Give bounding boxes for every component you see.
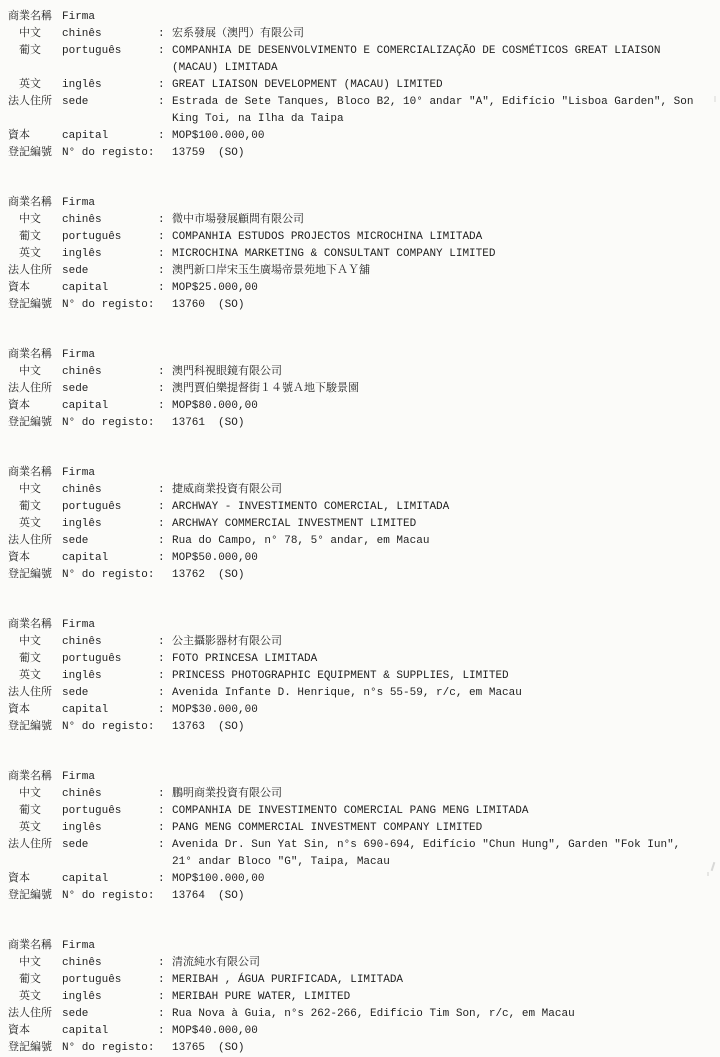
registry-note: (SO) (218, 1042, 244, 1054)
registry-entry: 商業名稱 Firma 中文 chinês : 宏系發展（澳門）有限公司 葡文 p… (8, 9, 720, 162)
english-label-zh: 英文 (8, 668, 62, 685)
capital-row: 資本 capital : MOP$40.000,00 (8, 1023, 720, 1040)
english-name-row: 英文 inglês : GREAT LIAISON DEVELOPMENT (M… (8, 77, 720, 94)
registry-row: 登記編號 N° do registo: 13761(SO) (8, 415, 720, 432)
colon: : (158, 820, 172, 837)
capital-label-zh: 資本 (8, 398, 62, 415)
seat-label-pt: sede (62, 1006, 158, 1023)
seat-label-pt: sede (62, 263, 158, 280)
firm-label-zh: 商業名稱 (8, 9, 62, 26)
chinese-name-row: 中文 chinês : 公主攝影器材有限公司 (8, 634, 720, 651)
portuguese-name-row: 葡文 português : COMPANHIA DE DESENVOLVIME… (8, 43, 720, 77)
seat-row: 法人住所 sede : Rua Nova à Guia, n°s 262-266… (8, 1006, 720, 1023)
registry-value: 13764(SO) (172, 888, 720, 905)
registry-label-pt: N° do registo: (62, 415, 158, 432)
firm-header-row: 商業名稱 Firma (8, 465, 720, 482)
seat-row: 法人住所 sede : Rua do Campo, n° 78, 5° anda… (8, 533, 720, 550)
firm-header-row: 商業名稱 Firma (8, 195, 720, 212)
colon: : (158, 128, 172, 145)
registry-label-pt: N° do registo: (62, 145, 158, 162)
colon: : (158, 668, 172, 685)
colon: : (158, 263, 172, 280)
chinese-label-pt: chinês (62, 26, 158, 43)
capital-label-zh: 資本 (8, 1023, 62, 1040)
english-label-pt: inglês (62, 246, 158, 263)
registry-note: (SO) (218, 417, 244, 429)
registry-label-zh: 登記編號 (8, 888, 62, 905)
chinese-name-value: 宏系發展（澳門）有限公司 (172, 26, 720, 43)
capital-label-pt: capital (62, 1023, 158, 1040)
chinese-name-value: 鵬明商業投資有限公司 (172, 786, 720, 803)
colon: : (158, 972, 172, 989)
colon: : (158, 43, 172, 60)
seat-label-pt: sede (62, 381, 158, 398)
registry-label-zh: 登記編號 (8, 719, 62, 736)
english-label-pt: inglês (62, 668, 158, 685)
portuguese-name-value: COMPANHIA DE DESENVOLVIMENTO E COMERCIAL… (172, 43, 720, 77)
capital-label-pt: capital (62, 280, 158, 297)
colon: : (158, 786, 172, 803)
capital-row: 資本 capital : MOP$30.000,00 (8, 702, 720, 719)
firm-label-zh: 商業名稱 (8, 769, 62, 786)
registry-document: 商業名稱 Firma 中文 chinês : 宏系發展（澳門）有限公司 葡文 p… (0, 0, 720, 1057)
colon: : (158, 94, 172, 111)
colon: : (158, 398, 172, 415)
portuguese-name-row: 葡文 português : COMPANHIA ESTUDOS PROJECT… (8, 229, 720, 246)
english-name-value: ARCHWAY COMMERCIAL INVESTMENT LIMITED (172, 516, 720, 533)
registry-entry: 商業名稱 Firma 中文 chinês : 微中市場發展顧問有限公司 葡文 p… (8, 195, 720, 314)
english-name-value: MICROCHINA MARKETING & CONSULTANT COMPAN… (172, 246, 720, 263)
seat-value: Estrada de Sete Tanques, Bloco B2, 10° a… (172, 94, 720, 128)
chinese-label-pt: chinês (62, 955, 158, 972)
firm-label-zh: 商業名稱 (8, 938, 62, 955)
colon: : (158, 516, 172, 533)
chinese-label-zh: 中文 (8, 955, 62, 972)
seat-label-zh: 法人住所 (8, 837, 62, 854)
firm-label-pt: Firma (62, 9, 158, 26)
chinese-name-value: 澳門科視眼鏡有限公司 (172, 364, 720, 381)
capital-label-zh: 資本 (8, 280, 62, 297)
portuguese-name-value: COMPANHIA ESTUDOS PROJECTOS MICROCHINA L… (172, 229, 720, 246)
capital-row: 資本 capital : MOP$100.000,00 (8, 871, 720, 888)
seat-value: 澳門新口岸宋玉生廣場帝景苑地下ＡＹ舖 (172, 263, 720, 280)
registry-value: 13760(SO) (172, 297, 720, 314)
capital-label-zh: 資本 (8, 550, 62, 567)
firm-label-zh: 商業名稱 (8, 465, 62, 482)
chinese-label-pt: chinês (62, 634, 158, 651)
registry-entry: 商業名稱 Firma 中文 chinês : 清流純水有限公司 葡文 portu… (8, 938, 720, 1057)
portuguese-label-pt: português (62, 229, 158, 246)
colon: : (158, 280, 172, 297)
registry-entry: 商業名稱 Firma 中文 chinês : 鵬明商業投資有限公司 葡文 por… (8, 769, 720, 905)
capital-label-pt: capital (62, 550, 158, 567)
seat-value: 澳門賈伯樂提督街１４號Ａ地下駿景園 (172, 381, 720, 398)
registry-value: 13761(SO) (172, 415, 720, 432)
english-label-pt: inglês (62, 516, 158, 533)
firm-label-pt: Firma (62, 938, 158, 955)
english-name-value: GREAT LIAISON DEVELOPMENT (MACAU) LIMITE… (172, 77, 720, 94)
english-label-zh: 英文 (8, 516, 62, 533)
seat-value: Rua Nova à Guia, n°s 262-266, Edifício T… (172, 1006, 720, 1023)
chinese-label-pt: chinês (62, 212, 158, 229)
firm-label-zh: 商業名稱 (8, 195, 62, 212)
capital-label-zh: 資本 (8, 128, 62, 145)
scan-artifact (714, 96, 716, 102)
firm-label-pt: Firma (62, 195, 158, 212)
firm-header-row: 商業名稱 Firma (8, 769, 720, 786)
colon: : (158, 871, 172, 888)
registry-note: (SO) (218, 299, 244, 311)
chinese-name-value: 捷威商業投資有限公司 (172, 482, 720, 499)
chinese-label-pt: chinês (62, 786, 158, 803)
portuguese-label-pt: português (62, 43, 158, 60)
seat-label-pt: sede (62, 533, 158, 550)
registry-label-pt: N° do registo: (62, 567, 158, 584)
registry-note: (SO) (218, 569, 244, 581)
firm-label-pt: Firma (62, 347, 158, 364)
seat-value: Avenida Dr. Sun Yat Sin, n°s 690-694, Ed… (172, 837, 720, 871)
colon: : (158, 634, 172, 651)
capital-label-pt: capital (62, 128, 158, 145)
seat-value: Rua do Campo, n° 78, 5° andar, em Macau (172, 533, 720, 550)
colon: : (158, 955, 172, 972)
portuguese-label-pt: português (62, 803, 158, 820)
portuguese-name-value: MERIBAH , ÁGUA PURIFICADA, LIMITADA (172, 972, 720, 989)
chinese-name-value: 清流純水有限公司 (172, 955, 720, 972)
portuguese-label-zh: 葡文 (8, 499, 62, 516)
registry-value: 13762(SO) (172, 567, 720, 584)
registry-row: 登記編號 N° do registo: 13760(SO) (8, 297, 720, 314)
chinese-name-value: 公主攝影器材有限公司 (172, 634, 720, 651)
registry-label-zh: 登記編號 (8, 1040, 62, 1057)
registry-entry: 商業名稱 Firma 中文 chinês : 澳門科視眼鏡有限公司 法人住所 s… (8, 347, 720, 432)
chinese-label-zh: 中文 (8, 482, 62, 499)
english-name-value: MERIBAH PURE WATER, LIMITED (172, 989, 720, 1006)
capital-row: 資本 capital : MOP$100.000,00 (8, 128, 720, 145)
portuguese-name-row: 葡文 português : COMPANHIA DE INVESTIMENTO… (8, 803, 720, 820)
registry-number: 13765 (172, 1042, 205, 1054)
capital-label-zh: 資本 (8, 702, 62, 719)
portuguese-label-zh: 葡文 (8, 651, 62, 668)
portuguese-label-zh: 葡文 (8, 229, 62, 246)
colon: : (158, 1006, 172, 1023)
colon: : (158, 212, 172, 229)
registry-number: 13763 (172, 721, 205, 733)
registry-entry: 商業名稱 Firma 中文 chinês : 公主攝影器材有限公司 葡文 por… (8, 617, 720, 736)
capital-row: 資本 capital : MOP$80.000,00 (8, 398, 720, 415)
capital-row: 資本 capital : MOP$50.000,00 (8, 550, 720, 567)
colon: : (158, 702, 172, 719)
portuguese-name-row: 葡文 português : ARCHWAY - INVESTIMENTO CO… (8, 499, 720, 516)
registry-value: 13759(SO) (172, 145, 720, 162)
capital-value: MOP$80.000,00 (172, 398, 720, 415)
registry-label-pt: N° do registo: (62, 297, 158, 314)
colon: : (158, 989, 172, 1006)
chinese-label-zh: 中文 (8, 364, 62, 381)
colon: : (158, 364, 172, 381)
english-name-row: 英文 inglês : ARCHWAY COMMERCIAL INVESTMEN… (8, 516, 720, 533)
capital-row: 資本 capital : MOP$25.000,00 (8, 280, 720, 297)
portuguese-name-row: 葡文 português : MERIBAH , ÁGUA PURIFICADA… (8, 972, 720, 989)
registry-note: (SO) (218, 890, 244, 902)
seat-row: 法人住所 sede : Avenida Infante D. Henrique,… (8, 685, 720, 702)
colon: : (158, 1023, 172, 1040)
firm-header-row: 商業名稱 Firma (8, 617, 720, 634)
seat-label-zh: 法人住所 (8, 533, 62, 550)
portuguese-label-zh: 葡文 (8, 803, 62, 820)
firm-header-row: 商業名稱 Firma (8, 9, 720, 26)
portuguese-label-zh: 葡文 (8, 43, 62, 60)
chinese-name-row: 中文 chinês : 鵬明商業投資有限公司 (8, 786, 720, 803)
chinese-name-row: 中文 chinês : 清流純水有限公司 (8, 955, 720, 972)
capital-label-zh: 資本 (8, 871, 62, 888)
seat-label-zh: 法人住所 (8, 1006, 62, 1023)
registry-label-zh: 登記編號 (8, 297, 62, 314)
seat-label-zh: 法人住所 (8, 685, 62, 702)
english-name-row: 英文 inglês : MICROCHINA MARKETING & CONSU… (8, 246, 720, 263)
capital-value: MOP$30.000,00 (172, 702, 720, 719)
registry-row: 登記編號 N° do registo: 13764(SO) (8, 888, 720, 905)
registry-note: (SO) (218, 721, 244, 733)
registry-label-zh: 登記編號 (8, 567, 62, 584)
portuguese-name-row: 葡文 português : FOTO PRINCESA LIMITADA (8, 651, 720, 668)
colon: : (158, 685, 172, 702)
seat-label-zh: 法人住所 (8, 381, 62, 398)
capital-value: MOP$25.000,00 (172, 280, 720, 297)
colon: : (158, 499, 172, 516)
registry-number: 13760 (172, 299, 205, 311)
capital-value: MOP$50.000,00 (172, 550, 720, 567)
english-label-zh: 英文 (8, 820, 62, 837)
chinese-name-row: 中文 chinês : 宏系發展（澳門）有限公司 (8, 26, 720, 43)
english-label-zh: 英文 (8, 246, 62, 263)
registry-value: 13765(SO) (172, 1040, 720, 1057)
registry-number: 13764 (172, 890, 205, 902)
seat-label-pt: sede (62, 837, 158, 854)
seat-label-zh: 法人住所 (8, 94, 62, 111)
firm-label-zh: 商業名稱 (8, 617, 62, 634)
chinese-label-zh: 中文 (8, 786, 62, 803)
english-label-pt: inglês (62, 77, 158, 94)
registry-label-pt: N° do registo: (62, 1040, 158, 1057)
firm-label-pt: Firma (62, 465, 158, 482)
registry-row: 登記編號 N° do registo: 13763(SO) (8, 719, 720, 736)
colon: : (158, 246, 172, 263)
portuguese-name-value: COMPANHIA DE INVESTIMENTO COMERCIAL PANG… (172, 803, 720, 820)
chinese-label-pt: chinês (62, 482, 158, 499)
colon: : (158, 803, 172, 820)
capital-label-pt: capital (62, 871, 158, 888)
registry-label-zh: 登記編號 (8, 145, 62, 162)
registry-number: 13761 (172, 417, 205, 429)
registry-row: 登記編號 N° do registo: 13759(SO) (8, 145, 720, 162)
seat-value: Avenida Infante D. Henrique, n°s 55-59, … (172, 685, 720, 702)
registry-label-pt: N° do registo: (62, 719, 158, 736)
seat-row: 法人住所 sede : 澳門新口岸宋玉生廣場帝景苑地下ＡＹ舖 (8, 263, 720, 280)
chinese-label-zh: 中文 (8, 212, 62, 229)
registry-label-pt: N° do registo: (62, 888, 158, 905)
colon: : (158, 229, 172, 246)
registry-number: 13762 (172, 569, 205, 581)
english-label-zh: 英文 (8, 989, 62, 1006)
chinese-label-pt: chinês (62, 364, 158, 381)
seat-label-pt: sede (62, 685, 158, 702)
english-label-zh: 英文 (8, 77, 62, 94)
chinese-name-row: 中文 chinês : 捷威商業投資有限公司 (8, 482, 720, 499)
chinese-label-zh: 中文 (8, 634, 62, 651)
portuguese-label-pt: português (62, 651, 158, 668)
seat-label-zh: 法人住所 (8, 263, 62, 280)
seat-row: 法人住所 sede : 澳門賈伯樂提督街１４號Ａ地下駿景園 (8, 381, 720, 398)
capital-label-pt: capital (62, 398, 158, 415)
firm-label-pt: Firma (62, 617, 158, 634)
seat-row: 法人住所 sede : Avenida Dr. Sun Yat Sin, n°s… (8, 837, 720, 871)
scan-artifact (707, 872, 709, 876)
english-name-row: 英文 inglês : PANG MENG COMMERCIAL INVESTM… (8, 820, 720, 837)
seat-label-pt: sede (62, 94, 158, 111)
portuguese-label-pt: português (62, 972, 158, 989)
registry-value: 13763(SO) (172, 719, 720, 736)
firm-label-pt: Firma (62, 769, 158, 786)
portuguese-name-value: ARCHWAY - INVESTIMENTO COMERCIAL, LIMITA… (172, 499, 720, 516)
seat-row: 法人住所 sede : Estrada de Sete Tanques, Blo… (8, 94, 720, 128)
capital-value: MOP$40.000,00 (172, 1023, 720, 1040)
registry-row: 登記編號 N° do registo: 13762(SO) (8, 567, 720, 584)
colon: : (158, 651, 172, 668)
portuguese-label-zh: 葡文 (8, 972, 62, 989)
registry-note: (SO) (218, 147, 244, 159)
english-name-value: PRINCESS PHOTOGRAPHIC EQUIPMENT & SUPPLI… (172, 668, 720, 685)
english-name-row: 英文 inglês : MERIBAH PURE WATER, LIMITED (8, 989, 720, 1006)
english-name-row: 英文 inglês : PRINCESS PHOTOGRAPHIC EQUIPM… (8, 668, 720, 685)
registry-label-zh: 登記編號 (8, 415, 62, 432)
registry-entry: 商業名稱 Firma 中文 chinês : 捷威商業投資有限公司 葡文 por… (8, 465, 720, 584)
chinese-label-zh: 中文 (8, 26, 62, 43)
firm-header-row: 商業名稱 Firma (8, 938, 720, 955)
colon: : (158, 533, 172, 550)
colon: : (158, 381, 172, 398)
colon: : (158, 26, 172, 43)
capital-value: MOP$100.000,00 (172, 128, 720, 145)
colon: : (158, 837, 172, 854)
chinese-name-row: 中文 chinês : 澳門科視眼鏡有限公司 (8, 364, 720, 381)
chinese-name-row: 中文 chinês : 微中市場發展顧問有限公司 (8, 212, 720, 229)
firm-label-zh: 商業名稱 (8, 347, 62, 364)
portuguese-name-value: FOTO PRINCESA LIMITADA (172, 651, 720, 668)
colon: : (158, 550, 172, 567)
chinese-name-value: 微中市場發展顧問有限公司 (172, 212, 720, 229)
colon: : (158, 482, 172, 499)
capital-value: MOP$100.000,00 (172, 871, 720, 888)
registry-number: 13759 (172, 147, 205, 159)
english-label-pt: inglês (62, 820, 158, 837)
portuguese-label-pt: português (62, 499, 158, 516)
capital-label-pt: capital (62, 702, 158, 719)
english-name-value: PANG MENG COMMERCIAL INVESTMENT COMPANY … (172, 820, 720, 837)
firm-header-row: 商業名稱 Firma (8, 347, 720, 364)
english-label-pt: inglês (62, 989, 158, 1006)
registry-row: 登記編號 N° do registo: 13765(SO) (8, 1040, 720, 1057)
colon: : (158, 77, 172, 94)
